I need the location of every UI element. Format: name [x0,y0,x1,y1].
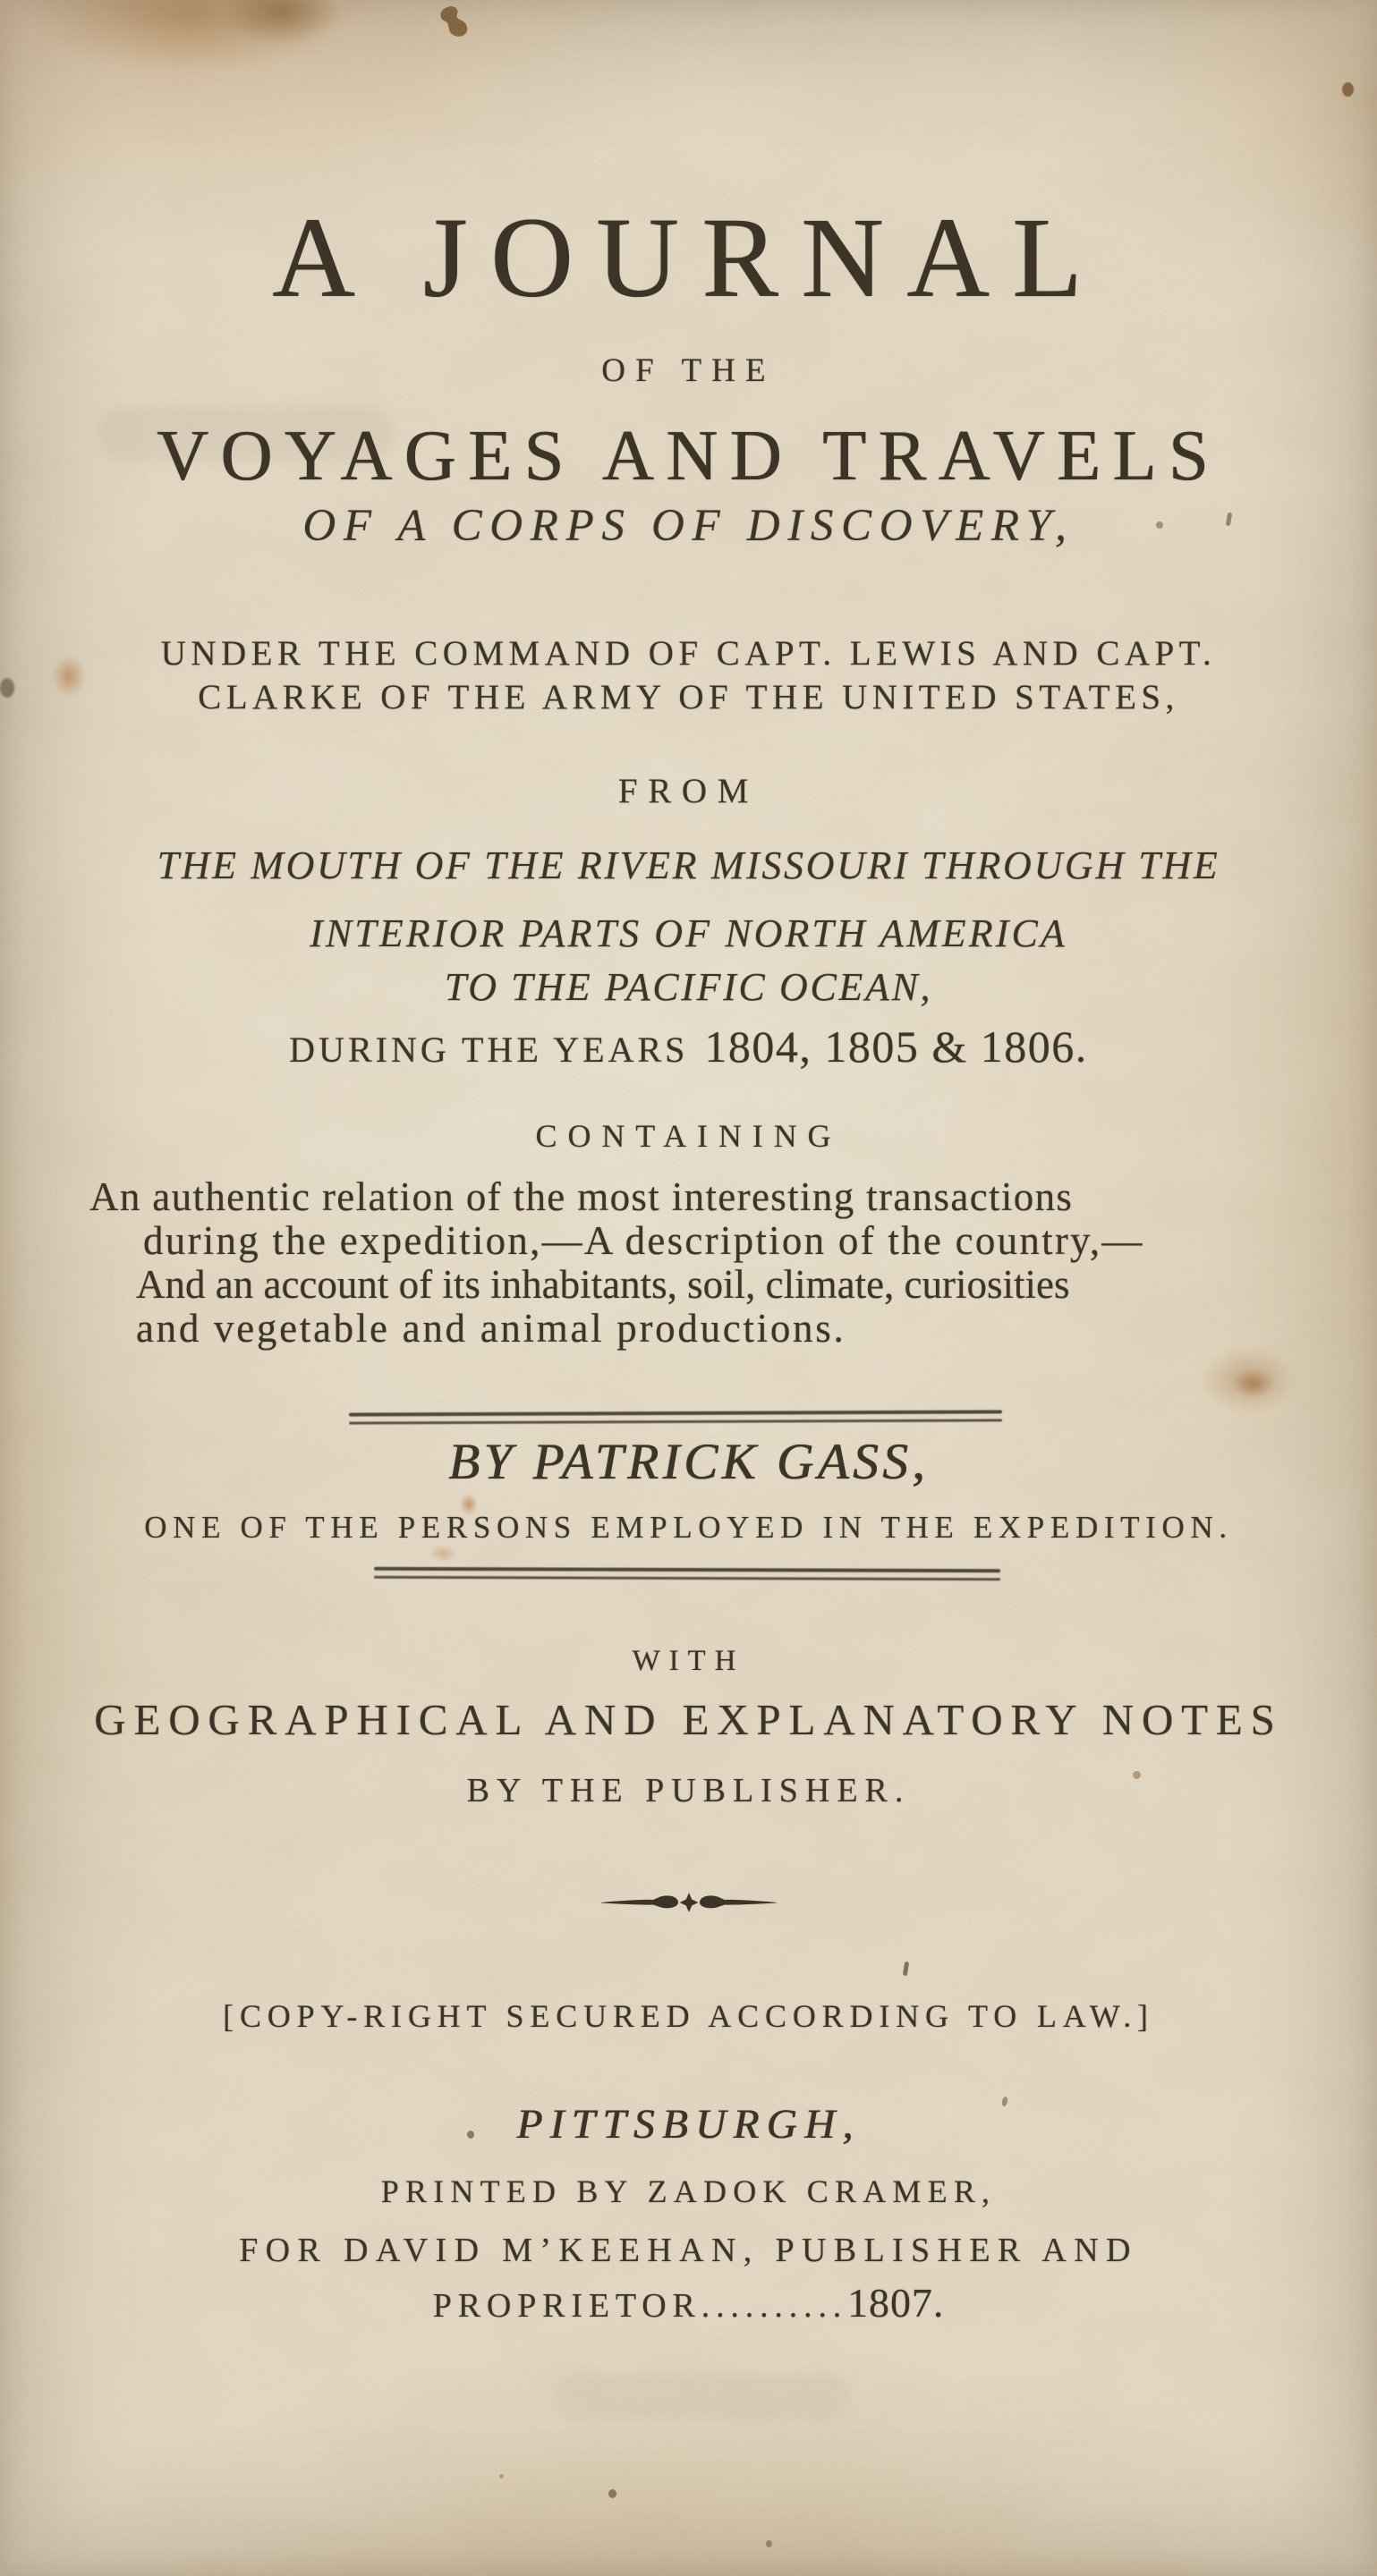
double-rule-top [349,1410,1002,1424]
printer-ornament [599,1889,778,1916]
imprint-year: 1807. [847,2280,944,2326]
imprint-proprietor-line: PROPRIETOR..........1807. [0,2283,1377,2324]
years-prefix: DURING THE YEARS [289,1030,688,1070]
command-line-1: UNDER THE COMMAND OF CAPT. LEWIS AND CAP… [0,636,1377,671]
imprint-printer: PRINTED BY ZADOK CRAMER, [0,2175,1377,2207]
description-line-3: And an account of its inhabitants, soil,… [136,1265,1070,1305]
route-line-3: TO THE PACIFIC OCEAN, [0,968,1377,1007]
paper-speck [903,1962,909,1977]
notes-subline: BY THE PUBLISHER. [0,1774,1377,1808]
containing-label: CONTAINING [0,1120,1377,1152]
paper-stain [224,0,340,45]
paper-speck [766,2540,772,2547]
imprint-publisher: FOR DAVID M’KEEHAN, PUBLISHER AND [0,2233,1377,2267]
description-line-1: An authentic relation of the most intere… [89,1177,1073,1217]
description-line-4: and vegetable and animal productions. [136,1309,846,1349]
book-title-voyages: VOYAGES AND TRAVELS [0,420,1377,492]
description-line-2: during the expedition,—A description of … [143,1221,1144,1261]
book-title-main: A JOURNAL [0,200,1377,315]
paper-stain [1199,1346,1297,1413]
paper-stain [27,0,349,72]
route-line-2: INTERIOR PARTS OF NORTH AMERICA [0,914,1377,953]
paper-speck [608,2489,616,2498]
show-through-smudge [555,2375,850,2419]
double-rule-bottom [374,1567,1000,1580]
notes-line: GEOGRAPHICAL AND EXPLANATORY NOTES [0,1698,1377,1741]
years-line: DURING THE YEARS1804, 1805 & 1806. [0,1024,1377,1069]
with-label: WITH [0,1647,1377,1676]
title-page: A JOURNAL OF THE VOYAGES AND TRAVELS OF … [0,0,1377,2576]
command-line-2: CLARKE OF THE ARMY OF THE UNITED STATES, [0,680,1377,715]
imprint-city: PITTSBURGH, [0,2104,1377,2146]
author-subline: ONE OF THE PERSONS EMPLOYED IN THE EXPED… [0,1512,1377,1543]
from-label: FROM [0,774,1377,809]
title-of-the: OF THE [0,354,1377,387]
copyright-line: [COPY-RIGHT SECURED ACCORDING TO LAW.] [0,2000,1377,2032]
title-corps-of-discovery: OF A CORPS OF DISCOVERY, [0,504,1377,549]
route-line-1: THE MOUTH OF THE RIVER MISSOURI THROUGH … [0,846,1377,885]
ink-squiggle-mark [428,4,483,47]
paper-speck [1342,82,1354,97]
author-name: BY PATRICK GASS, [0,1436,1377,1487]
years-value: 1804, 1805 & 1806. [704,1021,1087,1072]
paper-stain [1233,1370,1274,1397]
paper-speck [499,2474,504,2479]
paper-stain [429,1546,456,1562]
imprint-proprietor-prefix: PROPRIETOR.......... [433,2287,847,2325]
